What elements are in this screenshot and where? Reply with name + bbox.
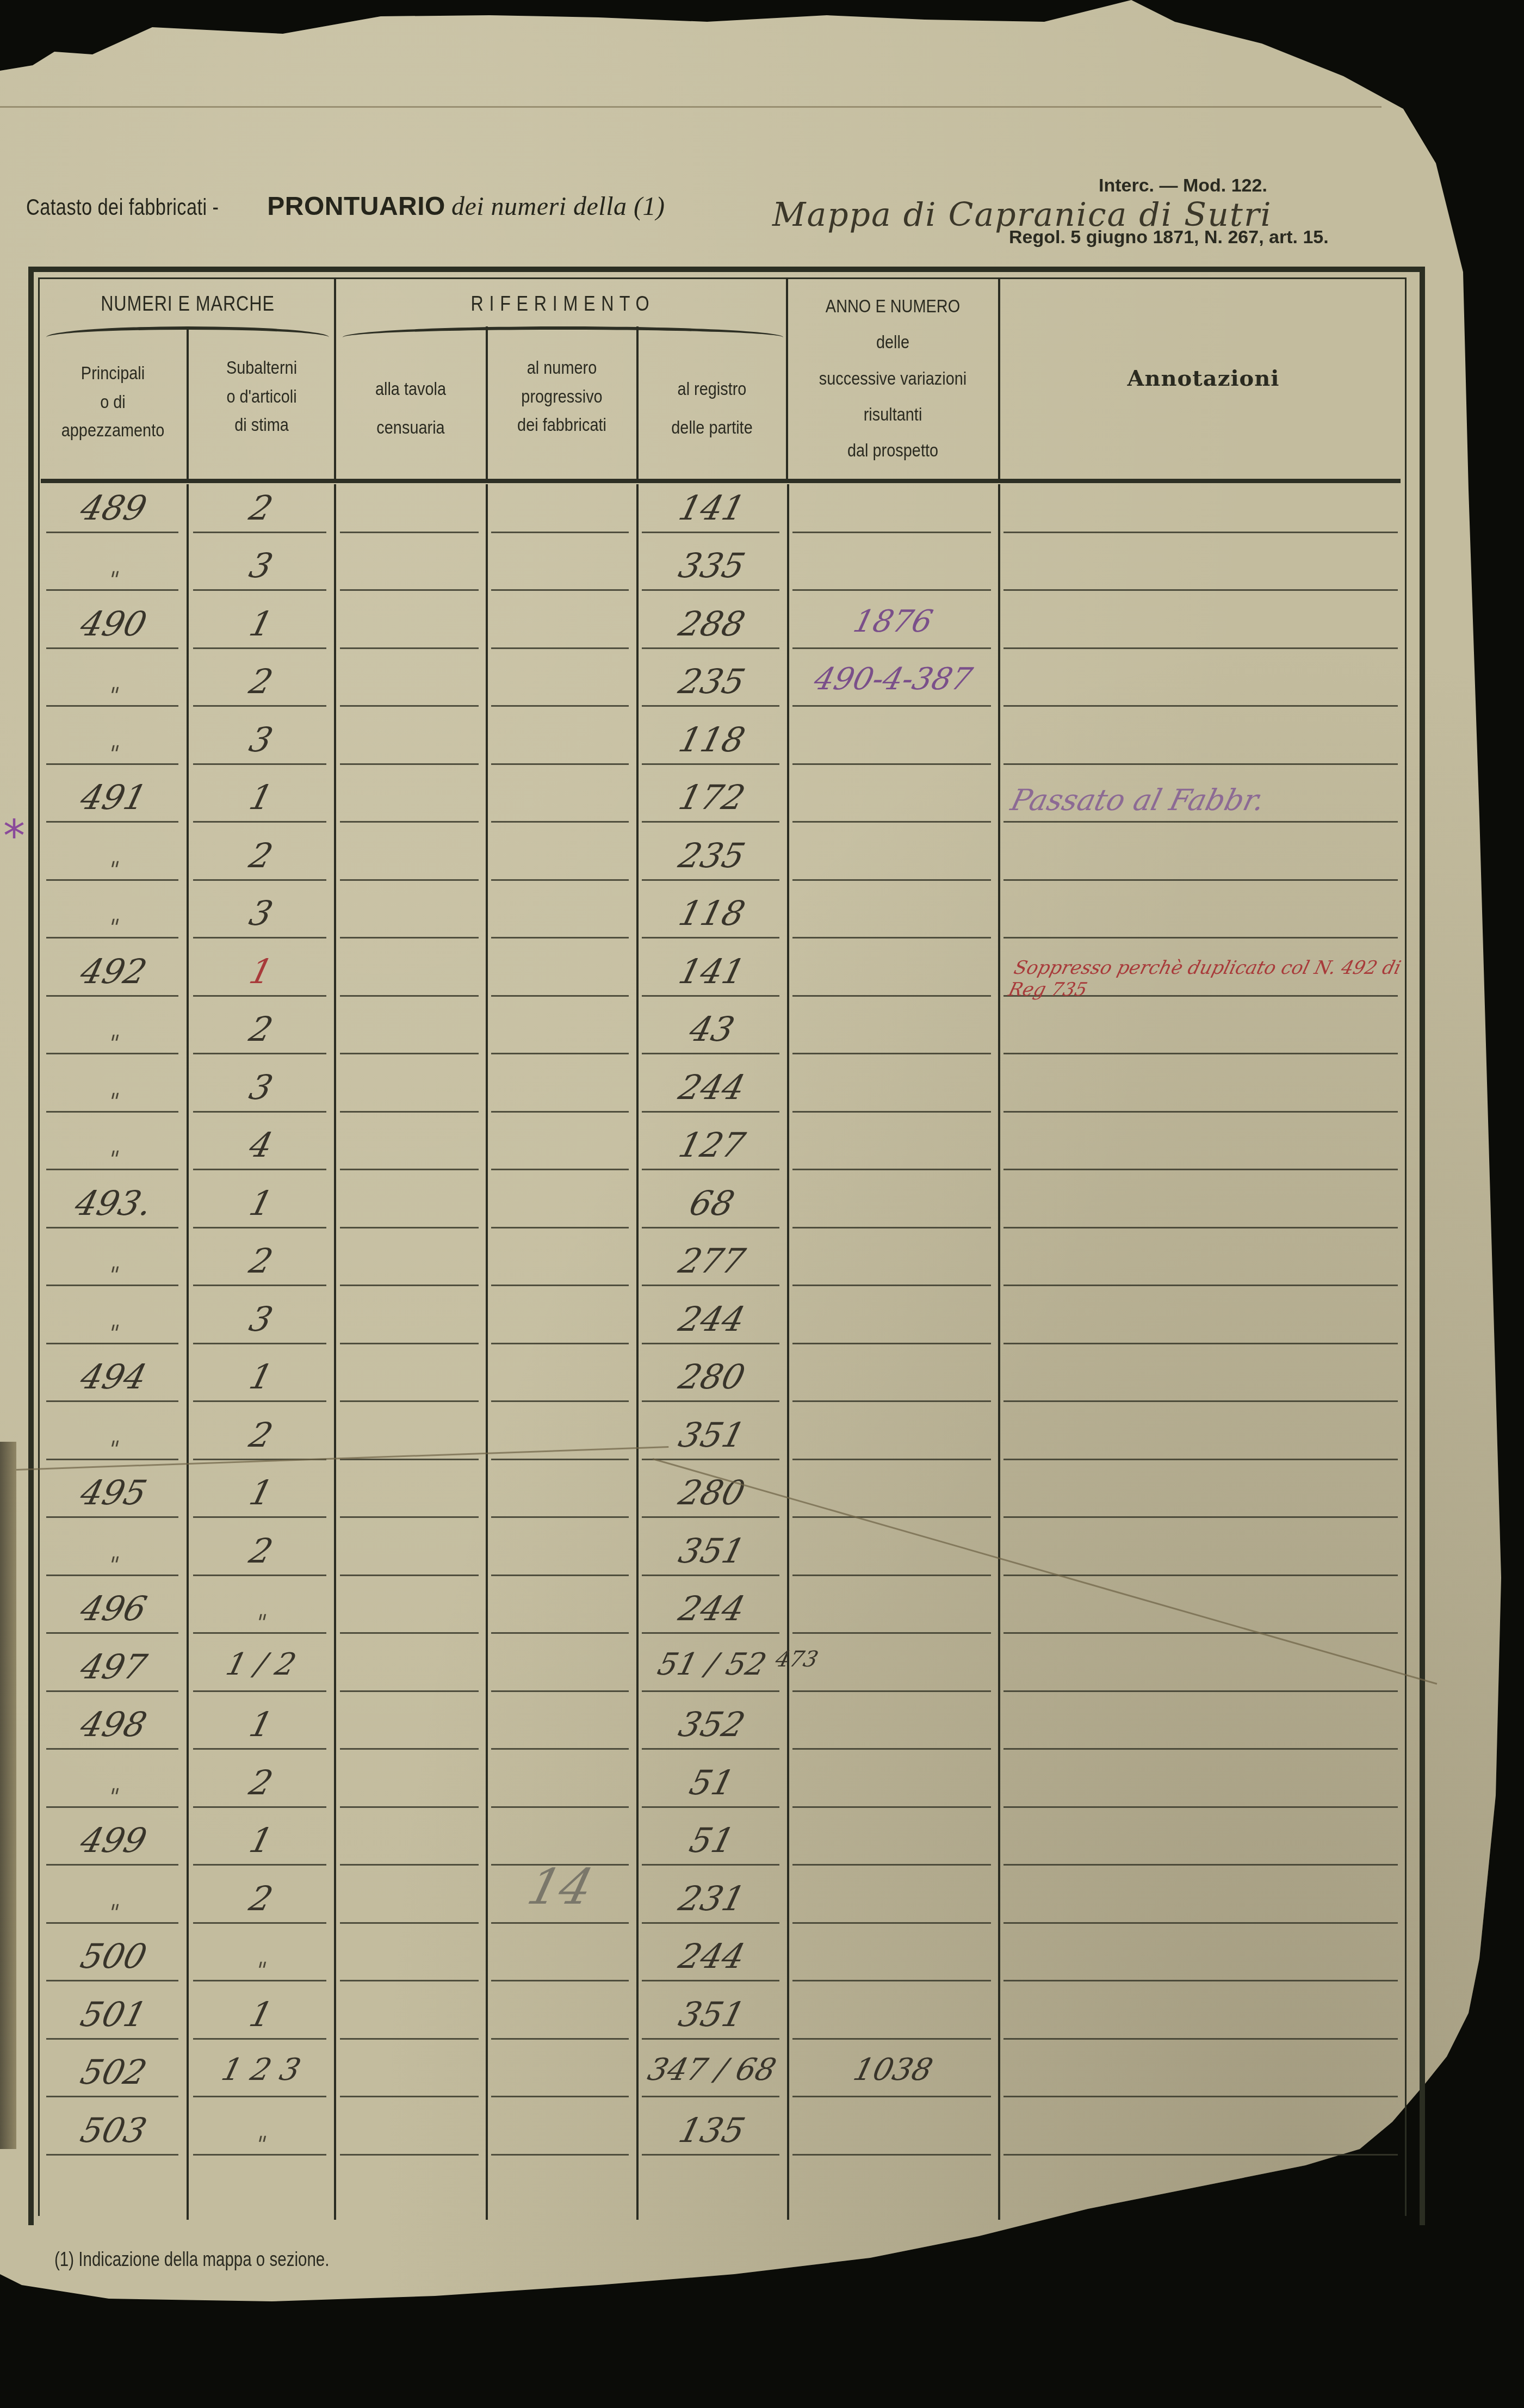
row-rule bbox=[642, 1575, 779, 1576]
title-main: PRONTUARIO bbox=[267, 192, 445, 221]
cell-subalterno: 1 bbox=[185, 1995, 337, 2034]
row-rule bbox=[491, 1343, 629, 1344]
row-rule bbox=[1003, 763, 1398, 765]
cell-subalterno: 2 bbox=[185, 662, 337, 701]
row-rule bbox=[193, 1169, 326, 1170]
row-rule bbox=[491, 879, 629, 881]
row-rule bbox=[340, 1053, 479, 1054]
row-rule bbox=[1003, 705, 1398, 707]
col-divider bbox=[187, 326, 189, 479]
row-rule bbox=[491, 1980, 629, 1981]
row-rule bbox=[193, 1227, 326, 1228]
row-rule bbox=[642, 995, 779, 997]
cell-registro: 51 bbox=[634, 1820, 790, 1860]
cell-margin-note: 473 bbox=[769, 1647, 824, 1672]
col-divider bbox=[636, 326, 639, 479]
row-rule bbox=[642, 1632, 779, 1634]
row-rule bbox=[193, 705, 326, 707]
row-rule bbox=[1003, 1227, 1398, 1228]
row-rule bbox=[642, 1053, 779, 1054]
row-rule bbox=[642, 1690, 779, 1692]
row-rule bbox=[491, 2038, 629, 2040]
row-rule bbox=[1003, 1400, 1398, 1402]
row-rule bbox=[491, 763, 629, 765]
row-rule bbox=[193, 1516, 326, 1518]
row-rule bbox=[491, 647, 629, 649]
cell-subalterno: 1 / 2 bbox=[186, 1647, 336, 1682]
row-rule bbox=[193, 821, 326, 823]
row-rule bbox=[792, 1690, 991, 1692]
row-rule bbox=[340, 589, 479, 591]
row-rule bbox=[792, 705, 991, 707]
cell-principale: " bbox=[40, 1263, 187, 1288]
paper-fold bbox=[0, 73, 1381, 108]
cell-registro: 127 bbox=[634, 1125, 790, 1165]
row-rule bbox=[340, 1575, 479, 1576]
row-rule bbox=[193, 1575, 326, 1576]
cell-principale: 492 bbox=[39, 952, 189, 991]
row-rule bbox=[491, 1806, 629, 1808]
row-rule bbox=[193, 647, 326, 649]
col-divider bbox=[786, 277, 788, 479]
row-rule bbox=[491, 1748, 629, 1750]
row-rule bbox=[792, 821, 991, 823]
row-rule bbox=[193, 1806, 326, 1808]
row-rule bbox=[491, 1575, 629, 1576]
row-rule bbox=[792, 1516, 991, 1518]
row-rule bbox=[193, 1864, 326, 1866]
row-rule bbox=[1003, 1864, 1398, 1866]
row-rule bbox=[193, 937, 326, 938]
row-rule bbox=[1003, 1343, 1398, 1344]
regulation-reference: Regol. 5 giugno 1871, N. 267, art. 15. bbox=[1009, 227, 1329, 248]
cell-subalterno: 3 bbox=[185, 1067, 337, 1107]
row-rule bbox=[46, 1980, 178, 1981]
row-rule bbox=[792, 1285, 991, 1286]
cell-subalterno: 4 bbox=[185, 1125, 337, 1165]
row-rule bbox=[642, 589, 779, 591]
row-rule bbox=[642, 1806, 779, 1808]
row-rule bbox=[792, 2154, 991, 2156]
row-rule bbox=[340, 1400, 479, 1402]
row-rule bbox=[340, 705, 479, 707]
row-rule bbox=[491, 1632, 629, 1634]
row-rule bbox=[193, 1285, 326, 1286]
header-principali: Principali o di appezzamento bbox=[52, 359, 174, 445]
cell-annotazione: Soppresso perchè duplicato col N. 492 di… bbox=[995, 957, 1420, 1001]
cell-variazione: 1876 bbox=[785, 604, 1001, 639]
row-rule bbox=[642, 705, 779, 707]
row-rule bbox=[193, 2096, 326, 2097]
row-rule bbox=[1003, 1169, 1398, 1170]
cell-subalterno: 1 bbox=[185, 1473, 337, 1512]
row-rule bbox=[792, 1227, 991, 1228]
cell-variazione: 490-4-387 bbox=[785, 662, 1001, 697]
row-rule bbox=[1003, 821, 1398, 823]
row-rule bbox=[1003, 879, 1398, 881]
cell-registro: 244 bbox=[634, 1299, 790, 1339]
row-rule bbox=[792, 1400, 991, 1402]
row-rule bbox=[340, 647, 479, 649]
row-rule bbox=[491, 2096, 629, 2097]
row-rule bbox=[340, 1343, 479, 1344]
row-rule bbox=[491, 1922, 629, 1924]
header-riferimento: R I F E R I M E N T O bbox=[375, 288, 745, 320]
row-rule bbox=[491, 589, 629, 591]
col-divider bbox=[998, 484, 1000, 2220]
row-rule bbox=[340, 2038, 479, 2040]
row-rule bbox=[193, 879, 326, 881]
row-rule bbox=[491, 2154, 629, 2156]
cell-subalterno: 1 bbox=[185, 604, 337, 644]
cell-registro: 351 bbox=[634, 1995, 790, 2034]
row-rule bbox=[340, 1516, 479, 1518]
header-registro: al registro delle partite bbox=[650, 370, 774, 448]
row-rule bbox=[1003, 1632, 1398, 1634]
row-rule bbox=[642, 1343, 779, 1344]
row-rule bbox=[340, 1169, 479, 1170]
cell-subalterno: 1 bbox=[185, 1705, 337, 1744]
row-rule bbox=[642, 1169, 779, 1170]
cell-registro: 288 bbox=[634, 604, 790, 644]
row-rule bbox=[792, 1806, 991, 1808]
cell-principale: " bbox=[40, 742, 187, 767]
cell-principale: " bbox=[40, 1785, 187, 1810]
cell-principale: " bbox=[40, 1553, 187, 1578]
header-numeri-marche: NUMERI E MARCHE bbox=[65, 288, 311, 320]
row-rule bbox=[491, 532, 629, 533]
cell-subalterno: 1 2 3 bbox=[186, 2052, 336, 2088]
row-rule bbox=[46, 1400, 178, 1402]
row-rule bbox=[193, 1690, 326, 1692]
form-code: Interc. — Mod. 122. bbox=[1099, 175, 1267, 196]
row-rule bbox=[340, 1111, 479, 1113]
row-rule bbox=[340, 1864, 479, 1866]
header-anno-numero: ANNO E NUMERO delle successive variazion… bbox=[804, 288, 982, 468]
cell-subalterno: 2 bbox=[185, 488, 337, 528]
row-rule bbox=[340, 1690, 479, 1692]
row-rule bbox=[193, 1922, 326, 1924]
title-subtitle: dei numeri della (1) bbox=[451, 192, 665, 221]
cell-registro: 347 / 68 bbox=[635, 2052, 789, 2088]
cell-subalterno: 2 bbox=[185, 1531, 337, 1571]
cell-registro: 351 bbox=[634, 1415, 790, 1455]
row-rule bbox=[46, 2038, 178, 2040]
row-rule bbox=[46, 1748, 178, 1750]
row-rule bbox=[1003, 532, 1398, 533]
row-rule bbox=[491, 1227, 629, 1228]
row-rule bbox=[46, 532, 178, 533]
row-rule bbox=[340, 2154, 479, 2156]
row-rule bbox=[792, 1575, 991, 1576]
cell-principale: 495 bbox=[39, 1473, 189, 1512]
row-rule bbox=[46, 1632, 178, 1634]
row-rule bbox=[792, 1343, 991, 1344]
cell-registro: 43 bbox=[634, 1009, 790, 1049]
cell-principale: " bbox=[40, 1437, 187, 1462]
row-rule bbox=[1003, 1748, 1398, 1750]
binding-edge bbox=[0, 1442, 16, 2149]
row-rule bbox=[340, 1922, 479, 1924]
row-rule bbox=[491, 1690, 629, 1692]
header-subalterni: Subalterni o d'articoli di stima bbox=[201, 354, 323, 440]
row-rule bbox=[642, 1111, 779, 1113]
cell-registro: 51 bbox=[634, 1763, 790, 1802]
row-rule bbox=[193, 532, 326, 533]
row-rule bbox=[46, 647, 178, 649]
row-rule bbox=[642, 821, 779, 823]
row-rule bbox=[792, 995, 991, 997]
cell-principale: 496 bbox=[39, 1589, 189, 1628]
cell-principale: " bbox=[40, 1089, 187, 1114]
row-rule bbox=[193, 1111, 326, 1113]
row-rule bbox=[46, 995, 178, 997]
row-rule bbox=[1003, 1922, 1398, 1924]
cell-principale: " bbox=[40, 857, 187, 882]
cell-subalterno: 1 bbox=[185, 952, 337, 991]
row-rule bbox=[491, 995, 629, 997]
row-rule bbox=[1003, 1459, 1398, 1460]
cell-subalterno: 1 bbox=[185, 1357, 337, 1397]
row-rule bbox=[642, 1516, 779, 1518]
col-divider bbox=[486, 484, 488, 2220]
cell-registro: 118 bbox=[634, 720, 790, 760]
cell-subalterno: 2 bbox=[185, 1241, 337, 1281]
cell-principale: 500 bbox=[39, 1936, 189, 1976]
row-rule bbox=[792, 937, 991, 938]
cell-principale: 489 bbox=[39, 488, 189, 528]
cell-principale: " bbox=[40, 1321, 187, 1346]
row-rule bbox=[792, 1748, 991, 1750]
row-rule bbox=[340, 821, 479, 823]
row-rule bbox=[642, 1864, 779, 1866]
cell-registro: 235 bbox=[634, 836, 790, 875]
row-rule bbox=[642, 1227, 779, 1228]
row-rule bbox=[642, 647, 779, 649]
row-rule bbox=[46, 1864, 178, 1866]
cell-registro: 244 bbox=[634, 1589, 790, 1628]
cell-principale: " bbox=[40, 567, 187, 592]
cell-principale: " bbox=[40, 915, 187, 940]
row-rule bbox=[340, 763, 479, 765]
row-rule bbox=[46, 2096, 178, 2097]
row-rule bbox=[1003, 1516, 1398, 1518]
cell-subalterno: 3 bbox=[185, 546, 337, 585]
cell-principale: 501 bbox=[39, 1995, 189, 2034]
cell-principale: 491 bbox=[39, 777, 189, 817]
footnote: (1) Indicazione della mappa o sezione. bbox=[54, 2248, 329, 2271]
row-rule bbox=[340, 1285, 479, 1286]
row-rule bbox=[1003, 2096, 1398, 2097]
row-rule bbox=[491, 937, 629, 938]
cell-principale: " bbox=[40, 1147, 187, 1172]
cell-principale: " bbox=[40, 1031, 187, 1056]
row-rule bbox=[491, 1111, 629, 1113]
row-rule bbox=[642, 532, 779, 533]
row-rule bbox=[491, 1400, 629, 1402]
row-rule bbox=[1003, 1980, 1398, 1981]
cell-principale: 494 bbox=[39, 1357, 189, 1397]
row-rule bbox=[1003, 647, 1398, 649]
col-divider bbox=[187, 484, 189, 2220]
row-rule bbox=[340, 879, 479, 881]
row-rule bbox=[792, 1459, 991, 1460]
col-divider bbox=[998, 277, 1000, 479]
cell-registro: 141 bbox=[634, 488, 790, 528]
cell-registro: 244 bbox=[634, 1067, 790, 1107]
row-rule bbox=[46, 2154, 178, 2156]
row-rule bbox=[1003, 2154, 1398, 2156]
row-rule bbox=[46, 1690, 178, 1692]
col-divider bbox=[787, 484, 789, 2220]
cell-registro: 135 bbox=[634, 2110, 790, 2150]
row-rule bbox=[340, 2096, 479, 2097]
row-rule bbox=[642, 1400, 779, 1402]
row-rule bbox=[792, 1111, 991, 1113]
row-rule bbox=[193, 1053, 326, 1054]
header-tavola: alla tavola censuaria bbox=[348, 370, 473, 448]
row-rule bbox=[1003, 1285, 1398, 1286]
cell-principale: " bbox=[40, 683, 187, 708]
cell-principale: 493. bbox=[39, 1183, 189, 1223]
row-rule bbox=[642, 1748, 779, 1750]
row-rule bbox=[340, 995, 479, 997]
cell-subalterno: 3 bbox=[185, 1299, 337, 1339]
row-rule bbox=[491, 1169, 629, 1170]
cell-subalterno: " bbox=[187, 1958, 334, 1983]
cell-annotazione: Passato al Fabbr. bbox=[996, 783, 1418, 817]
cell-subalterno: " bbox=[187, 2132, 334, 2157]
row-rule bbox=[1003, 1806, 1398, 1808]
row-rule bbox=[1003, 1111, 1398, 1113]
cell-subalterno: 3 bbox=[185, 893, 337, 933]
cell-registro: 235 bbox=[634, 662, 790, 701]
cell-principale: " bbox=[40, 1900, 187, 1925]
cell-registro: 172 bbox=[634, 777, 790, 817]
row-rule bbox=[491, 705, 629, 707]
form-title: Catasto dei fabbricati - PRONTUARIO dei … bbox=[26, 192, 665, 221]
row-rule bbox=[193, 589, 326, 591]
cell-registro: 352 bbox=[634, 1705, 790, 1744]
header-numero-progressivo: al numero progressivo dei fabbricati bbox=[499, 354, 624, 440]
row-rule bbox=[193, 1748, 326, 1750]
row-rule bbox=[642, 2154, 779, 2156]
cell-principale: 490 bbox=[39, 604, 189, 644]
row-rule bbox=[792, 1864, 991, 1866]
row-rule bbox=[792, 1053, 991, 1054]
cell-variazione: 1038 bbox=[785, 2052, 1001, 2088]
row-rule bbox=[642, 879, 779, 881]
cell-registro: 51 / 52 bbox=[635, 1647, 789, 1682]
row-rule bbox=[792, 2096, 991, 2097]
col-divider bbox=[486, 326, 488, 479]
cell-subalterno: 1 bbox=[185, 777, 337, 817]
row-rule bbox=[792, 1980, 991, 1981]
cell-registro: 141 bbox=[634, 952, 790, 991]
cell-principale: 502 bbox=[39, 2052, 189, 2092]
row-rule bbox=[642, 937, 779, 938]
row-rule bbox=[792, 532, 991, 533]
margin-asterisk-icon: * bbox=[3, 811, 25, 861]
cell-registro: 277 bbox=[634, 1241, 790, 1281]
row-rule bbox=[193, 1400, 326, 1402]
row-rule bbox=[792, 879, 991, 881]
row-rule bbox=[792, 763, 991, 765]
cell-subalterno: " bbox=[187, 1610, 334, 1635]
row-rule bbox=[340, 1227, 479, 1228]
row-rule bbox=[491, 821, 629, 823]
row-rule bbox=[340, 1748, 479, 1750]
row-rule bbox=[642, 763, 779, 765]
row-rule bbox=[491, 1053, 629, 1054]
header-rule bbox=[41, 479, 1401, 483]
header-annotazioni: Annotazioni bbox=[1001, 362, 1406, 396]
row-rule bbox=[642, 1980, 779, 1981]
row-rule bbox=[340, 1632, 479, 1634]
cell-principale: 499 bbox=[39, 1820, 189, 1860]
col-divider bbox=[334, 277, 336, 479]
row-rule bbox=[491, 1516, 629, 1518]
row-rule bbox=[792, 1922, 991, 1924]
cell-subalterno: 2 bbox=[185, 1879, 337, 1918]
row-rule bbox=[193, 1343, 326, 1344]
row-rule bbox=[642, 1459, 779, 1460]
row-rule bbox=[46, 1227, 178, 1228]
row-rule bbox=[1003, 589, 1398, 591]
row-rule bbox=[792, 1169, 991, 1170]
row-rule bbox=[193, 2038, 326, 2040]
row-rule bbox=[1003, 1690, 1398, 1692]
row-rule bbox=[1003, 1053, 1398, 1054]
cell-subalterno: 2 bbox=[185, 1009, 337, 1049]
cell-registro: 244 bbox=[634, 1936, 790, 1976]
row-rule bbox=[46, 821, 178, 823]
row-rule bbox=[193, 763, 326, 765]
title-prefix: Catasto dei fabbricati - bbox=[26, 194, 219, 220]
row-rule bbox=[193, 995, 326, 997]
cell-principale: 497 bbox=[39, 1647, 189, 1687]
row-rule bbox=[642, 2096, 779, 2097]
row-rule bbox=[46, 1516, 178, 1518]
cell-registro: 280 bbox=[634, 1473, 790, 1512]
cell-registro: 335 bbox=[634, 546, 790, 585]
row-rule bbox=[340, 532, 479, 533]
row-rule bbox=[792, 2038, 991, 2040]
cell-subalterno: 2 bbox=[185, 1415, 337, 1455]
row-rule bbox=[1003, 937, 1398, 938]
row-rule bbox=[792, 589, 991, 591]
cell-registro: 118 bbox=[634, 893, 790, 933]
cell-registro: 231 bbox=[634, 1879, 790, 1918]
row-rule bbox=[792, 647, 991, 649]
row-rule bbox=[491, 1285, 629, 1286]
cell-registro: 351 bbox=[634, 1531, 790, 1571]
row-rule bbox=[491, 1459, 629, 1460]
row-rule bbox=[340, 1459, 479, 1460]
cell-principale: 503 bbox=[39, 2110, 189, 2150]
cell-subalterno: 1 bbox=[185, 1820, 337, 1860]
cell-principale: 498 bbox=[39, 1705, 189, 1744]
row-rule bbox=[642, 1922, 779, 1924]
cell-subalterno: 2 bbox=[185, 1763, 337, 1802]
cell-subalterno: 3 bbox=[185, 720, 337, 760]
pencil-mark: 14 bbox=[515, 1859, 605, 1916]
row-rule bbox=[340, 1806, 479, 1808]
row-rule bbox=[340, 1980, 479, 1981]
cell-subalterno: 1 bbox=[185, 1183, 337, 1223]
row-rule bbox=[340, 937, 479, 938]
row-rule bbox=[1003, 2038, 1398, 2040]
